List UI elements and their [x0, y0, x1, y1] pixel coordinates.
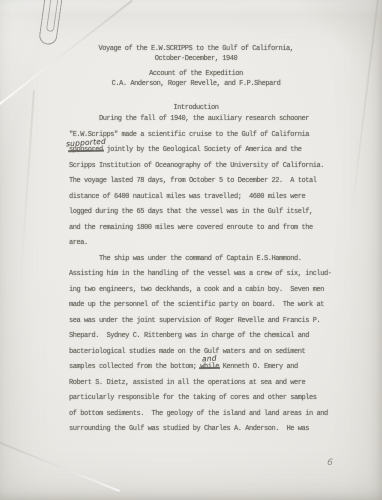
document-header: Voyage of the E.W.SCRIPPS to the Gulf of…: [36, 44, 356, 113]
typed-line-with-correction: samples collected from the bottom; andwh…: [69, 360, 345, 376]
typed-line: Assisting him in the handling of the ves…: [69, 267, 345, 283]
typed-line-start: samples collected from the bottom;: [69, 363, 200, 371]
typed-line: Scripps Institution of Oceanography of t…: [69, 159, 345, 175]
typed-line: ing two engineers, two deckhands, a cook…: [69, 283, 345, 299]
typed-line: Robert S. Dietz, assisted in all the ope…: [69, 376, 345, 392]
typed-line: logged during the 65 days that the vesse…: [69, 205, 345, 221]
paper-crease-left: [19, 90, 35, 290]
typed-line: sea was under the joint supervision of R…: [69, 314, 345, 330]
scanned-typescript-page: Voyage of the E.W.SCRIPPS to the Gulf of…: [0, 0, 382, 500]
handwritten-correction: supported: [66, 134, 107, 152]
typed-line: area.: [69, 236, 345, 252]
typed-line-with-correction: supportedsponsored jointly by the Geolog…: [69, 143, 345, 159]
document-body: During the fall of 1940, the auxiliary r…: [69, 112, 345, 438]
struck-word: supportedsponsored: [69, 143, 103, 159]
typed-line: Shepard. Sydney C. Rittenberg was in cha…: [69, 329, 345, 345]
typed-line: The ship was under the command of Captai…: [69, 252, 345, 268]
document-authors: C.A. Anderson, Roger Revelle, and F.P.Sh…: [36, 79, 356, 89]
paper-clip-icon: [38, 0, 69, 49]
document-title-line1: Voyage of the E.W.SCRIPPS to the Gulf of…: [36, 44, 356, 54]
typed-line: and the remaining 1800 miles were covere…: [69, 221, 345, 237]
typed-line: of bottom sediments. The geology of the …: [69, 407, 345, 423]
typed-line: made up the personnel of the scientific …: [69, 298, 345, 314]
document-subtitle: Account of the Expedition: [36, 69, 356, 79]
page-number-pencil-mark: 6: [326, 458, 333, 469]
paper-crease-bottom-left: [0, 434, 120, 492]
typed-line: distance of 6400 nautical miles was trav…: [69, 190, 345, 206]
typed-line: surrounding the Gulf was studied by Char…: [69, 422, 345, 438]
typed-line: "E.W.Scripps" made a scientific cruise t…: [69, 128, 345, 144]
typed-line: particularly responsible for the taking …: [69, 391, 345, 407]
typed-line-rest: Kenneth O. Emery and: [219, 363, 298, 371]
typed-line-rest: jointly by the Geological Society of Ame…: [103, 146, 302, 154]
document-title-line2: October-December, 1940: [36, 54, 356, 64]
handwritten-correction: and: [202, 351, 218, 367]
typed-line: The voyage lasted 78 days, from October …: [69, 174, 345, 190]
struck-word: andwhile: [200, 360, 219, 376]
typed-line: During the fall of 1940, the auxiliary r…: [69, 112, 345, 128]
